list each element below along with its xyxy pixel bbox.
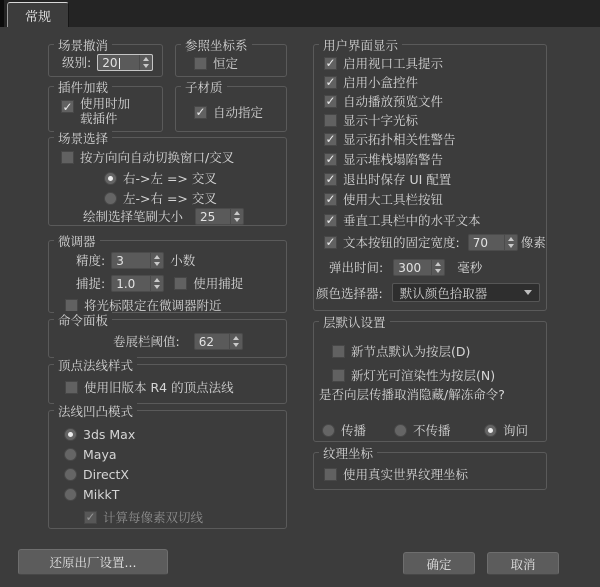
group-texture-coords-title: 纹理坐标 — [319, 444, 377, 462]
use-snap-label[interactable]: 使用捕捉 — [193, 274, 243, 292]
undo-levels-spinner[interactable]: 20 — [97, 54, 153, 71]
group-normal-bump-mode: 法线凹凸模式 3ds Max Maya DirectX MikkT 计算每像素双… — [48, 410, 287, 529]
load-plugins-label[interactable]: 使用时加载插件 — [80, 96, 142, 126]
spinner-down-icon[interactable] — [234, 218, 240, 222]
normal-bump-mikkt-radio[interactable] — [64, 488, 77, 501]
new-lights-renderable-label[interactable]: 新灯光可渲染性为按层(N) — [351, 366, 495, 384]
left-right-crossing-radio[interactable] — [104, 192, 117, 205]
large-toolbar-buttons-checkbox[interactable] — [324, 193, 337, 206]
precision-label: 精度: — [76, 251, 105, 269]
group-sub-materials: 子材质 自动指定 — [175, 86, 287, 132]
stack-collapse-warning-label[interactable]: 显示堆栈塌陷警告 — [343, 150, 443, 168]
tab-bar: 常规 — [0, 0, 600, 27]
group-plugin-loading-title: 插件加载 — [54, 78, 112, 96]
spinner-arrows[interactable] — [504, 235, 517, 250]
flyout-time-spinner[interactable]: 300 — [393, 259, 445, 276]
do-not-propagate-label[interactable]: 不传播 — [413, 421, 451, 439]
load-plugins-checkbox[interactable] — [61, 100, 74, 113]
spinner-arrows[interactable] — [139, 55, 152, 70]
legacy-r4-normals-label[interactable]: 使用旧版本 R4 的顶点法线 — [84, 378, 234, 396]
display-cross-hair-label[interactable]: 显示十字光标 — [343, 111, 418, 129]
normal-bump-maya-label[interactable]: Maya — [83, 447, 117, 462]
legacy-r4-normals-checkbox[interactable] — [65, 381, 78, 394]
spinner-up-icon[interactable] — [233, 336, 239, 340]
paint-brush-size-spinner[interactable]: 25 — [195, 208, 244, 225]
group-vertex-normal-style: 顶点法线样式 使用旧版本 R4 的顶点法线 — [48, 364, 287, 404]
left-right-crossing-label[interactable]: 左->右 => 交叉 — [123, 189, 217, 207]
ms-unit-label: 毫秒 — [457, 258, 482, 276]
spinner-up-icon[interactable] — [154, 278, 160, 282]
group-command-panel: 命令面板 卷展栏阈值: 62 — [48, 319, 287, 358]
propagate-label[interactable]: 传播 — [341, 421, 366, 439]
spinner-up-icon[interactable] — [143, 57, 149, 61]
pixels-unit-label: 像素 — [521, 233, 546, 251]
group-scene-undo: 场景撤消 级别: 20 — [48, 44, 163, 77]
group-spinners: 微调器 精度: 3 小数 捕捉: 1.0 使用捕捉 将光标限定在微调器附近 — [48, 240, 287, 313]
caddy-controls-checkbox[interactable] — [324, 76, 337, 89]
viewport-tooltips-label[interactable]: 启用视口工具提示 — [343, 54, 443, 72]
spinner-arrows[interactable] — [229, 334, 242, 349]
auto-assign-label[interactable]: 自动指定 — [213, 103, 263, 121]
spinner-down-icon[interactable] — [154, 262, 160, 266]
fixed-width-buttons-label[interactable]: 文本按钮的固定宽度: — [343, 233, 460, 251]
group-ref-coord: 参照坐标系 恒定 — [175, 44, 287, 77]
normal-bump-directx-radio[interactable] — [64, 468, 77, 481]
horizontal-text-checkbox[interactable] — [324, 214, 337, 227]
autoplay-preview-checkbox[interactable] — [324, 95, 337, 108]
normal-bump-directx-label[interactable]: DirectX — [83, 467, 129, 482]
group-scene-selection: 场景选择 按方向向自动切换窗口/交叉 右->左 => 交叉 左->右 => 交叉… — [48, 137, 287, 226]
propagate-question-label: 是否向层传播取消隐藏/解冻命令? — [319, 385, 505, 403]
viewport-tooltips-checkbox[interactable] — [324, 57, 337, 70]
spinner-down-icon[interactable] — [233, 343, 239, 347]
color-selector-dropdown[interactable]: 默认颜色拾取器 — [392, 283, 540, 302]
group-normal-bump-mode-title: 法线凹凸模式 — [54, 402, 137, 420]
restore-factory-defaults-label: 还原出厂设置... — [50, 553, 137, 571]
spinner-down-icon[interactable] — [143, 64, 149, 68]
ok-button-label: 确定 — [426, 555, 451, 573]
topology-warning-checkbox[interactable] — [324, 133, 337, 146]
rollout-threshold-label: 卷展栏阈值: — [113, 332, 180, 350]
spinner-up-icon[interactable] — [508, 237, 514, 241]
normal-bump-3dsmax-radio[interactable] — [64, 428, 77, 441]
spinner-up-icon[interactable] — [154, 255, 160, 259]
text-caret — [119, 58, 120, 69]
spinner-arrows[interactable] — [230, 209, 243, 224]
group-texture-coords: 纹理坐标 使用真实世界纹理坐标 — [313, 452, 547, 490]
snap-spinner[interactable]: 1.0 — [111, 275, 164, 292]
normal-bump-3dsmax-label[interactable]: 3ds Max — [83, 427, 135, 442]
do-not-propagate-radio[interactable] — [394, 424, 407, 437]
group-layer-defaults-title: 层默认设置 — [319, 313, 390, 331]
cancel-button-label: 取消 — [510, 555, 535, 573]
group-command-panel-title: 命令面板 — [54, 311, 112, 329]
ok-button[interactable]: 确定 — [403, 552, 475, 575]
topology-warning-label[interactable]: 显示拓扑相关性警告 — [343, 130, 456, 148]
fixed-width-buttons-checkbox[interactable] — [324, 236, 337, 249]
group-vertex-normal-style-title: 顶点法线样式 — [54, 356, 137, 374]
group-scene-selection-title: 场景选择 — [54, 129, 112, 147]
large-toolbar-buttons-label[interactable]: 使用大工具栏按钮 — [343, 190, 443, 208]
normal-bump-maya-radio[interactable] — [64, 448, 77, 461]
stack-collapse-warning-checkbox[interactable] — [324, 153, 337, 166]
auto-window-crossing-label[interactable]: 按方向向自动切换窗口/交叉 — [80, 148, 234, 166]
propagate-radio[interactable] — [322, 424, 335, 437]
undo-levels-label: 级别: — [62, 53, 91, 71]
group-spinners-title: 微调器 — [54, 232, 100, 250]
auto-assign-checkbox[interactable] — [194, 106, 207, 119]
group-ui-display-title: 用户界面显示 — [319, 36, 402, 54]
color-selector-value: 默认颜色拾取器 — [400, 284, 488, 302]
spinner-down-icon[interactable] — [154, 285, 160, 289]
group-ui-display: 用户界面显示 启用视口工具提示 启用小盒控件 自动播放预览文件 显示十字光标 显… — [313, 44, 547, 311]
tab-general-label: 常规 — [25, 6, 51, 25]
constant-label[interactable]: 恒定 — [213, 54, 238, 72]
group-sub-materials-title: 子材质 — [181, 78, 227, 96]
color-selector-label: 颜色选择器: — [316, 284, 383, 302]
use-snap-checkbox[interactable] — [174, 277, 187, 290]
ask-radio[interactable] — [484, 424, 497, 437]
spinner-arrows[interactable] — [431, 260, 444, 275]
rollout-threshold-spinner[interactable]: 62 — [194, 333, 243, 350]
per-pixel-bitangents-checkbox — [84, 511, 97, 524]
cancel-button[interactable]: 取消 — [487, 552, 559, 575]
ask-label[interactable]: 询问 — [503, 421, 528, 439]
spinner-down-icon[interactable] — [435, 269, 441, 273]
tab-general[interactable]: 常规 — [7, 2, 69, 27]
snap-label: 捕捉: — [76, 274, 105, 292]
spinner-up-icon[interactable] — [234, 211, 240, 215]
dropdown-arrow-icon — [524, 290, 532, 295]
wrap-cursor-checkbox[interactable] — [65, 299, 78, 312]
paint-brush-size-label: 绘制选择笔刷大小 — [83, 207, 183, 225]
right-left-crossing-label[interactable]: 右->左 => 交叉 — [123, 169, 217, 187]
auto-window-crossing-checkbox[interactable] — [61, 151, 74, 164]
display-cross-hair-checkbox[interactable] — [324, 114, 337, 127]
decimals-label: 小数 — [170, 251, 195, 269]
group-layer-defaults: 层默认设置 新节点默认为按层(D) 新灯光可渲染性为按层(N) 是否向层传播取消… — [313, 321, 547, 442]
spinner-up-icon[interactable] — [435, 262, 441, 266]
spinner-down-icon[interactable] — [508, 244, 514, 248]
new-nodes-by-layer-checkbox[interactable] — [332, 345, 345, 358]
new-lights-renderable-checkbox[interactable] — [332, 369, 345, 382]
group-plugin-loading: 插件加载 使用时加载插件 — [48, 86, 163, 132]
precision-spinner[interactable]: 3 — [111, 252, 164, 269]
new-nodes-by-layer-label[interactable]: 新节点默认为按层(D) — [351, 342, 470, 360]
real-world-texture-checkbox[interactable] — [324, 468, 337, 481]
save-ui-on-exit-checkbox[interactable] — [324, 173, 337, 186]
flyout-time-label: 弹出时间: — [329, 258, 383, 276]
spinner-arrows[interactable] — [150, 276, 163, 291]
normal-bump-mikkt-label[interactable]: MikkT — [83, 487, 119, 502]
save-ui-on-exit-label[interactable]: 退出时保存 UI 配置 — [343, 170, 451, 188]
group-scene-undo-title: 场景撤消 — [54, 36, 112, 54]
autoplay-preview-label[interactable]: 自动播放预览文件 — [343, 92, 443, 110]
right-left-crossing-radio[interactable] — [104, 172, 117, 185]
preference-settings-dialog: { "tab": { "label": "常规" }, "colors": { … — [0, 0, 600, 587]
per-pixel-bitangents-label: 计算每像素双切线 — [103, 508, 203, 526]
group-ref-coord-title: 参照坐标系 — [181, 36, 252, 54]
real-world-texture-label[interactable]: 使用真实世界纹理坐标 — [343, 465, 468, 483]
fixed-width-spinner[interactable]: 70 — [468, 234, 518, 251]
spinner-arrows[interactable] — [150, 253, 163, 268]
constant-checkbox[interactable] — [194, 57, 207, 70]
caddy-controls-label[interactable]: 启用小盒控件 — [343, 73, 418, 91]
horizontal-text-label[interactable]: 垂直工具栏中的水平文本 — [343, 211, 481, 229]
restore-factory-defaults-button[interactable]: 还原出厂设置... — [18, 549, 168, 575]
